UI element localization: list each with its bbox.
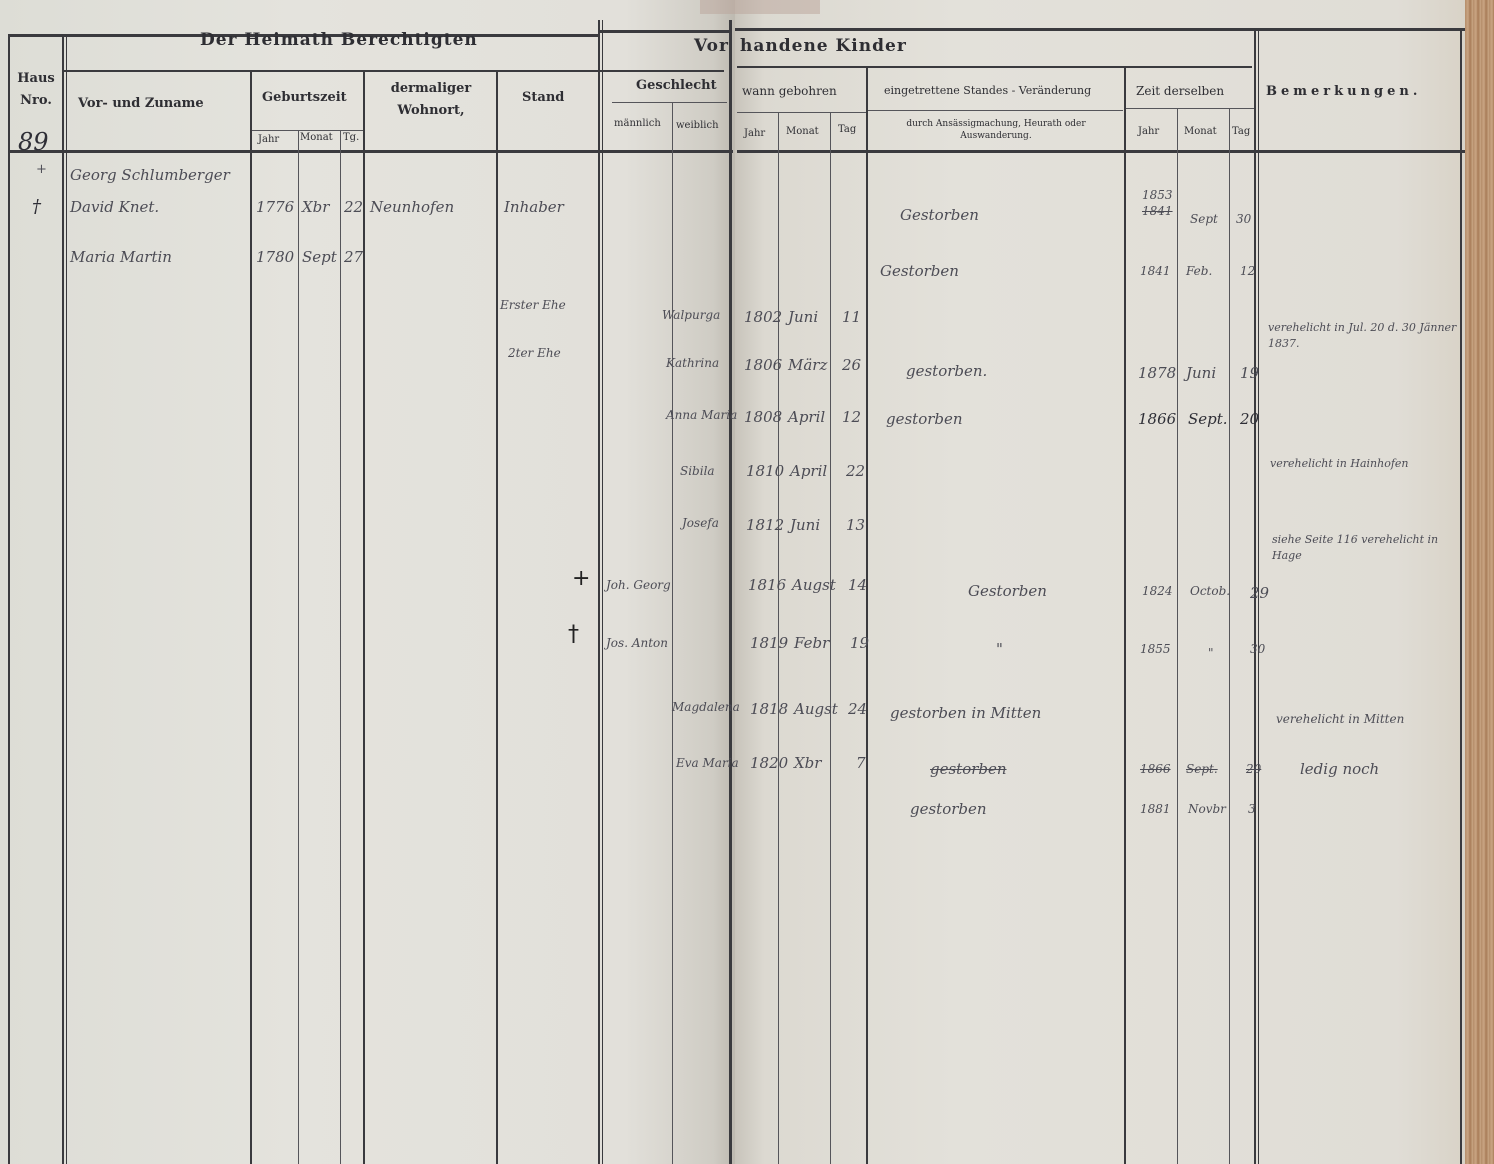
child-birth-day: 11 [842,308,861,326]
child-change-month-ditto: " [1208,646,1214,660]
child-birth-month: April [788,408,825,426]
parent-change-year: 1841 [1140,264,1171,278]
change-sub-divider [868,110,1123,111]
child-birth-year: 1810 [746,462,784,480]
child-female-name: Kathrina [666,356,719,370]
parent-birth-year: 1776 [256,198,294,216]
child-birth-year: 1818 [750,700,788,718]
parent-stand: Inhaber [504,198,564,216]
child-birth-day: 12 [842,408,861,426]
parent-change-day: 12 [1240,264,1255,278]
child-birth-month: Augst [792,576,836,594]
child-change: gestorben [910,800,987,818]
child-change: gestorben. [906,362,987,380]
birth-day-header: Tg. [343,132,359,143]
child-birth-month: April [790,462,827,480]
child-change-year-struck: 1866 [1140,762,1171,776]
parent-name: Georg Schlumberger [70,166,230,184]
child-female-name: Sibila [680,464,715,478]
child-stand: 2ter Ehe [508,346,561,360]
col-border-time-month [1229,108,1230,1164]
col-border-stand [598,20,600,1164]
header-bottom-border-left [8,150,733,153]
haus-nro-label: Haus Nro. [12,68,60,112]
child-stand: Erster Ehe [500,298,566,312]
parent-change-day: 30 [1236,212,1251,226]
born-col-header: wann gebohren [742,84,837,98]
col-border-outer-right [1460,28,1462,1164]
born-year-header: Jahr [744,128,765,139]
birth-sub-divider [252,130,364,131]
child-male-name: Joh. Georg [606,578,671,592]
child-birth-year: 1806 [744,356,782,374]
child-birth-month: Xbr [794,754,821,772]
child-birth-year: 1802 [744,308,782,326]
time-day-header: Tag [1232,126,1250,137]
col-border-name [250,70,252,1164]
child-change-day: 30 [1250,642,1265,656]
child-male-name: Jos. Anton [606,636,668,650]
book-page-edges [1465,0,1494,1164]
change-sub-header: durch Ansässigmachung, Heurath oder Ausw… [874,118,1118,142]
group-heading-right: handene Kinder [740,36,907,56]
child-change: gestorben [886,410,963,428]
child-female-name: Josefa [682,516,719,530]
child-female-name: Magdalena [672,700,740,714]
child-change-ditto: " [996,640,1003,658]
death-dagger-icon: † [568,622,579,647]
col-border-residence [496,70,498,1164]
remarks-col-header: Bemerkungen. [1266,84,1421,99]
child-change-struck: gestorben [930,760,1007,778]
stand-col-header: Stand [522,90,564,105]
parent-mark: + [36,162,47,177]
col-border-change [1124,66,1126,1164]
time-sub-divider [1126,108,1254,109]
table-top-border-mid [600,30,730,33]
col-border-haus [62,34,64,1164]
born-month-header: Monat [786,126,819,137]
col-border-born [866,66,868,1164]
header-divider-left [64,70,724,72]
col-border-birth-month [340,130,341,1164]
child-remark: siehe Seite 116 verehelicht in Hage [1272,532,1460,564]
col-border-time-year [1177,108,1178,1164]
child-remark: ledig noch [1300,760,1379,778]
child-change-day-struck: 20 [1246,762,1261,776]
child-birth-year: 1812 [746,516,784,534]
child-remark: verehelicht in Jul. 20 d. 30 Jänner 1837… [1268,320,1458,352]
child-birth-year: 1816 [748,576,786,594]
child-birth-day: 19 [850,634,869,652]
child-change-year: 1855 [1140,642,1171,656]
parent-change: Gestorben [880,262,959,280]
time-year-header: Jahr [1138,126,1159,137]
col-border-gutter [729,20,732,1164]
parent-birth-year: 1780 [256,248,294,266]
residence-col-header: dermaliger Wohnort, [370,78,492,122]
col-border-birth [363,70,365,1164]
male-col-header: männlich [614,118,661,129]
child-birth-year: 1820 [750,754,788,772]
child-change-year: 1878 [1138,364,1176,382]
parent-birth-day: 27 [344,248,363,266]
time-month-header: Monat [1184,126,1217,137]
parent-death-mark: † [32,196,41,217]
col-border-outer-left [8,34,10,1164]
birth-month-header: Monat [300,132,333,143]
child-change: gestorben in Mitten [890,704,1041,722]
child-birth-day: 22 [846,462,865,480]
group-heading-left: Der Heimath Berechtigten [200,30,478,50]
cross-mark-icon: + [572,566,590,591]
parent-name: David Knet. [70,198,159,216]
name-col-header: Vor- und Zuname [78,96,204,111]
child-change-month: Sept. [1188,410,1228,428]
col-border-birth-year [298,130,299,1164]
child-change-month: Juni [1186,364,1216,382]
child-remark: verehelicht in Mitten [1276,712,1404,726]
child-change-day: 20 [1240,410,1259,428]
child-birth-day: 7 [856,754,866,772]
child-female-name: Walpurga [662,308,720,322]
child-birth-month: März [788,356,827,374]
child-birth-day: 14 [848,576,867,594]
child-birth-year: 1808 [744,408,782,426]
gender-sub-divider [612,102,727,103]
child-female-name: Anna Maria [666,408,737,422]
col-border-male [672,102,673,1164]
child-birth-day: 13 [846,516,865,534]
child-change: Gestorben [968,582,1047,600]
parent-change-month: Sept [1190,212,1218,226]
child-birth-day: 24 [848,700,867,718]
parent-name: Maria Martin [70,248,172,266]
child-change-month-struck: Sept. [1186,762,1218,776]
binding-shadow [700,0,820,14]
child-birth-month: Juni [788,308,818,326]
child-female-name: Eva Maria [676,756,739,770]
header-bottom-border-right [737,150,1465,153]
group-heading-right-prefix: Vor [694,36,729,56]
female-col-header: weiblich [676,120,719,131]
child-birth-month: Febr [794,634,829,652]
child-change-month: Novbr [1188,802,1226,816]
child-remark: verehelicht in Hainhofen [1270,456,1460,472]
parent-change-year: 1853 [1142,188,1173,202]
child-change-year: 1866 [1138,410,1176,428]
header-divider-right [737,66,1252,68]
parent-birth-day: 22 [344,198,363,216]
child-change-year: 1824 [1142,584,1173,598]
col-border-born-month [830,112,831,1164]
parent-residence: Neunhofen [370,198,454,216]
child-birth-day: 26 [842,356,861,374]
parent-birth-month: Sept [302,248,337,266]
child-change-day: 3 [1248,802,1256,816]
time-col-header: Zeit derselben [1136,84,1224,98]
col-border-haus-double [66,34,67,1164]
parent-birth-month: Xbr [302,198,329,216]
birth-col-header: Geburtszeit [262,90,347,105]
right-page [735,0,1470,1164]
parent-change: Gestorben [900,206,979,224]
born-day-header: Tag [838,124,856,135]
child-change-day: 19 [1240,364,1259,382]
house-number: 89 [18,128,49,156]
col-border-stand-double [602,20,603,1164]
child-birth-year: 1819 [750,634,788,652]
gender-col-header: Geschlecht [636,78,717,93]
child-birth-month: Augst [794,700,838,718]
parent-change-year-struck: 1841 [1142,204,1173,218]
child-birth-month: Juni [790,516,820,534]
register-book-spread: Der Heimath Berechtigten Vor handene Kin… [0,0,1494,1164]
child-change-month: Octob. [1190,584,1230,598]
table-top-border-right [735,28,1465,31]
birth-year-header: Jahr [258,134,279,145]
parent-change-month: Feb. [1186,264,1212,278]
born-sub-divider [737,112,867,113]
child-change-day: 29 [1250,584,1269,602]
child-change-year: 1881 [1140,802,1171,816]
change-col-header: eingetrettene Standes - Veränderung [884,84,1091,97]
